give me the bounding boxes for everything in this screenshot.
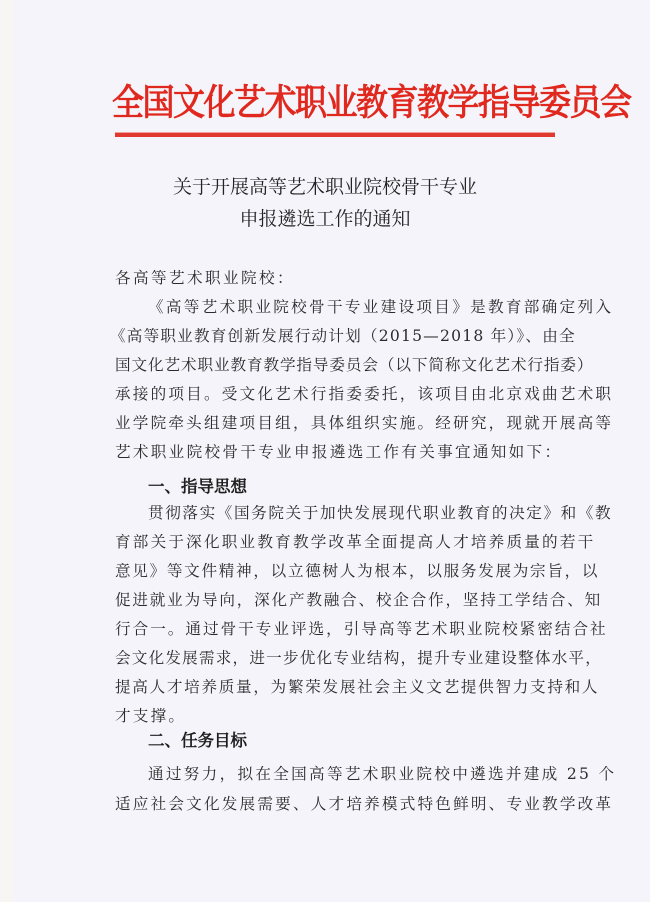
intro-line-6: 艺术职业院校骨干专业申报遴选工作有关事宜通知如下： (115, 440, 562, 462)
intro-line-4: 承接的项目。受文化艺术行指委委托，该项目由北京戏曲艺术职 (115, 382, 613, 404)
section1-line-4: 促进就业为导向，深化产教融合、校企合作，坚持工学结合、知 (115, 588, 602, 610)
section-heading-guiding-ideology: 一、指导思想 (148, 473, 247, 497)
intro-line-3: 国文化艺术职业教育教学指导委员会（以下简称文化艺术行指委） (115, 353, 593, 375)
scan-edge (0, 0, 14, 902)
salutation: 各高等艺术职业院校： (115, 266, 295, 288)
notice-title-line-2: 申报遴选工作的通知 (0, 204, 650, 231)
section1-line-2: 育部关于深化职业教育教学改革全面提高人才培养质量的若干 (115, 530, 595, 552)
intro-line-1: 《高等艺术职业院校骨干专业建设项目》是教育部确定列入 (148, 295, 613, 317)
notice-title-line-1: 关于开展高等艺术职业院校骨干专业 (0, 172, 650, 199)
section1-line-7: 提高人才培养质量，为繁荣发展社会主义文艺提供智力支持和人 (115, 675, 599, 697)
section-heading-task-goals: 二、任务目标 (148, 727, 247, 751)
masthead-title: 全国文化艺术职业教育教学指导委员会 (112, 80, 548, 125)
intro-line-2: 《高等职业教育创新发展行动计划（2015—2018 年）》、由全 (110, 324, 576, 346)
section1-line-5: 行合一。通过骨干专业评选，引导高等艺术职业院校紧密结合社 (115, 617, 608, 639)
section1-line-6: 会文化发展需求，进一步优化专业结构，提升专业建设整体水平， (115, 646, 602, 668)
masthead-red-rule (115, 132, 555, 137)
section1-line-8: 才支撑。 (115, 704, 186, 726)
section2-line-1: 通过努力，拟在全国高等艺术职业院校中遴选并建成 25 个 (148, 762, 616, 784)
section1-line-1: 贯彻落实《国务院关于加快发展现代职业教育的决定》和《教 (148, 501, 612, 523)
intro-line-5: 业学院牵头组建项目组，具体组织实施。经研究，现就开展高等 (115, 411, 613, 433)
section2-line-2: 适应社会文化发展需要、人才培养模式特色鲜明、专业教学改革 (115, 792, 613, 814)
section1-line-3: 意见》等文件精神，以立德树人为根本，以服务发展为宗旨，以 (115, 559, 599, 581)
